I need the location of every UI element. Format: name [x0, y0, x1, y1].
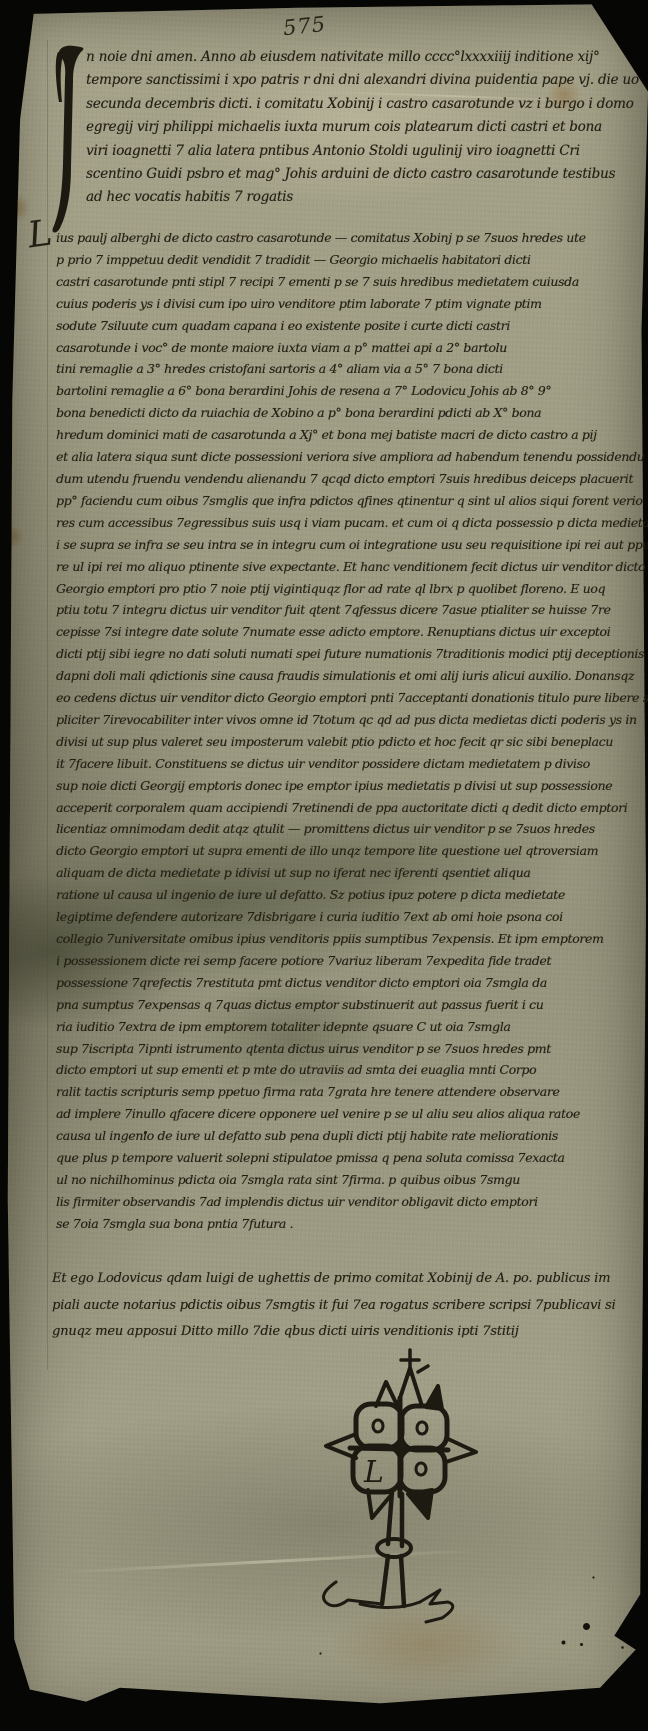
text-line: et alia latera siqua sunt dicte possessi… — [56, 446, 634, 468]
text-line: piali aucte notarius pdictis oibus 7smgt… — [52, 1293, 634, 1320]
text-line: Georgio emptori pro ptio 7 noie ptij vig… — [56, 578, 634, 600]
text-line: p prio 7 imppetuu dedit vendidit 7 tradi… — [56, 249, 634, 271]
text-line: sodute 7siluute cum quadam capana i eo e… — [56, 315, 634, 337]
text-line: egregij virj philippi michaelis iuxta mu… — [86, 116, 631, 139]
folio-number: 575 — [282, 12, 327, 40]
text-line: castri casarotunde pnti stipl 7 recipi 7… — [56, 271, 634, 293]
text-line: cepisse 7si integre date solute 7numate … — [56, 621, 634, 643]
invocation-paragraph: n noie dni amen. Anno ab eiusdem nativit… — [86, 46, 631, 210]
text-line: que plus p tempore valuerit solepni stip… — [56, 1147, 634, 1169]
text-line: Et ego Lodovicus qdam luigi de ughettis … — [52, 1266, 634, 1293]
ink-specks — [583, 1623, 590, 1630]
text-line: i possessionem dicte rei semp facere pot… — [56, 950, 634, 972]
text-line: cuius poderis ys i divisi cum ipo uiro v… — [56, 293, 634, 315]
text-line: sup 7iscripta 7ipnti istrumento qtenta d… — [56, 1038, 634, 1060]
notary-sign-stem — [377, 1492, 411, 1606]
text-line: aliquam de dicta medietate p idivisi ut … — [56, 862, 634, 884]
text-line: ul no nichilhominus pdicta oia 7smgla ra… — [56, 1169, 634, 1191]
text-line: dapni doli mali qdictionis sine causa fr… — [56, 665, 634, 687]
text-line: i se supra se infra se seu intra se in i… — [56, 534, 634, 556]
notary-mark-letter: L — [363, 1455, 384, 1490]
text-line: divisi ut sup plus valeret seu imposteru… — [56, 731, 634, 753]
notary-sign-cross-icon — [401, 1350, 428, 1374]
text-line: it 7facere libuit. Constituens se dictus… — [56, 753, 634, 775]
text-line: scentino Guidi psbro et mag° Johis ardui… — [86, 163, 631, 186]
text-line: ptiu totu 7 integru dictus uir venditor … — [56, 599, 634, 621]
text-line: pliciter 7irevocabiliter inter vivos omn… — [56, 709, 634, 731]
notary-sign-bottom-right-spike — [408, 1490, 432, 1518]
text-line: secunda decembris dicti. i comitatu Xobi… — [86, 93, 631, 116]
text-line: tini remaglie a 3° hredes cristofani sar… — [56, 358, 634, 380]
decorated-initial-I — [50, 44, 86, 236]
text-line: ius paulj alberghi de dicto castro casar… — [56, 227, 634, 249]
text-line: re ul ipi rei mo aliquo ptinente sive ex… — [56, 556, 634, 578]
text-line: ad hec vocatis habitis 7 rogatis — [86, 186, 631, 209]
text-line: pp° faciendu cum oibus 7smglis que infra… — [56, 490, 634, 512]
manuscript-page: 575 n noie dni amen. Anno ab eiusdem nat… — [0, 0, 648, 1731]
text-line: acceperit corporalem quam accipiendi 7re… — [56, 797, 634, 819]
deed-body-paragraph: ius paulj alberghi de dicto castro casar… — [56, 227, 634, 1235]
text-line: casarotunde i voc° de monte maiore iuxta… — [56, 337, 634, 359]
text-line: pna sumptus 7expensas q 7quas dictus emp… — [56, 994, 634, 1016]
text-line: bona benedicti dicto da ruiachia de Xobi… — [56, 402, 634, 424]
text-line: ad implere 7inullo qfacere dicere oppone… — [56, 1103, 634, 1125]
text-line: se 7oia 7smgla sua bona pntia 7futura . — [56, 1213, 634, 1235]
text-line: ria iuditio 7extra de ipm emptorem total… — [56, 1016, 634, 1038]
text-line: res cum accessibus 7egressibus suis usq … — [56, 512, 634, 534]
text-line: dicto Georgio emptori ut supra ementi de… — [56, 840, 634, 862]
text-line: viri ioagnetti 7 alia latera pntibus Ant… — [86, 140, 631, 163]
text-line: legiptime defendere autorizare 7disbriga… — [56, 906, 634, 928]
text-line: dum utendu fruendu vendendu alienandu 7 … — [56, 468, 634, 490]
text-line: possessione 7qrefectis 7restituta pmt di… — [56, 972, 634, 994]
text-line: ratione ul causa ul ingenio de iure ul d… — [56, 884, 634, 906]
text-line: sup noie dicti Georgij emptoris donec ip… — [56, 775, 634, 797]
text-line: eo cedens dictus uir venditor dicto Geor… — [56, 687, 634, 709]
text-line: hredum dominici mati de casarotunda a Xj… — [56, 424, 634, 446]
text-line: licentiaz omnimodam dedit atqz qtulit — … — [56, 818, 634, 840]
text-line: dicti ptij sibi iegre no dati soluti num… — [56, 643, 634, 665]
text-line: n noie dni amen. Anno ab eiusdem nativit… — [86, 46, 631, 69]
text-line: lis firmiter observandis 7ad implendis d… — [56, 1191, 634, 1213]
notary-sign: L — [300, 1332, 500, 1632]
notary-sign-base-flourish — [324, 1582, 453, 1622]
text-line: ralit tactis scripturis semp ppetuo firm… — [56, 1081, 634, 1103]
text-line: tempore sanctissimi i xpo patris r dni d… — [86, 69, 631, 92]
text-line: collegio 7universitate omibus ipius vend… — [56, 928, 634, 950]
text-line: bartolini remaglie a 6° bona berardini J… — [56, 380, 634, 402]
text-line: causa ul ingenio de iure ul defatto sub … — [56, 1125, 634, 1147]
text-line: dicto emptori ut sup ementi et p mte do … — [56, 1059, 634, 1081]
